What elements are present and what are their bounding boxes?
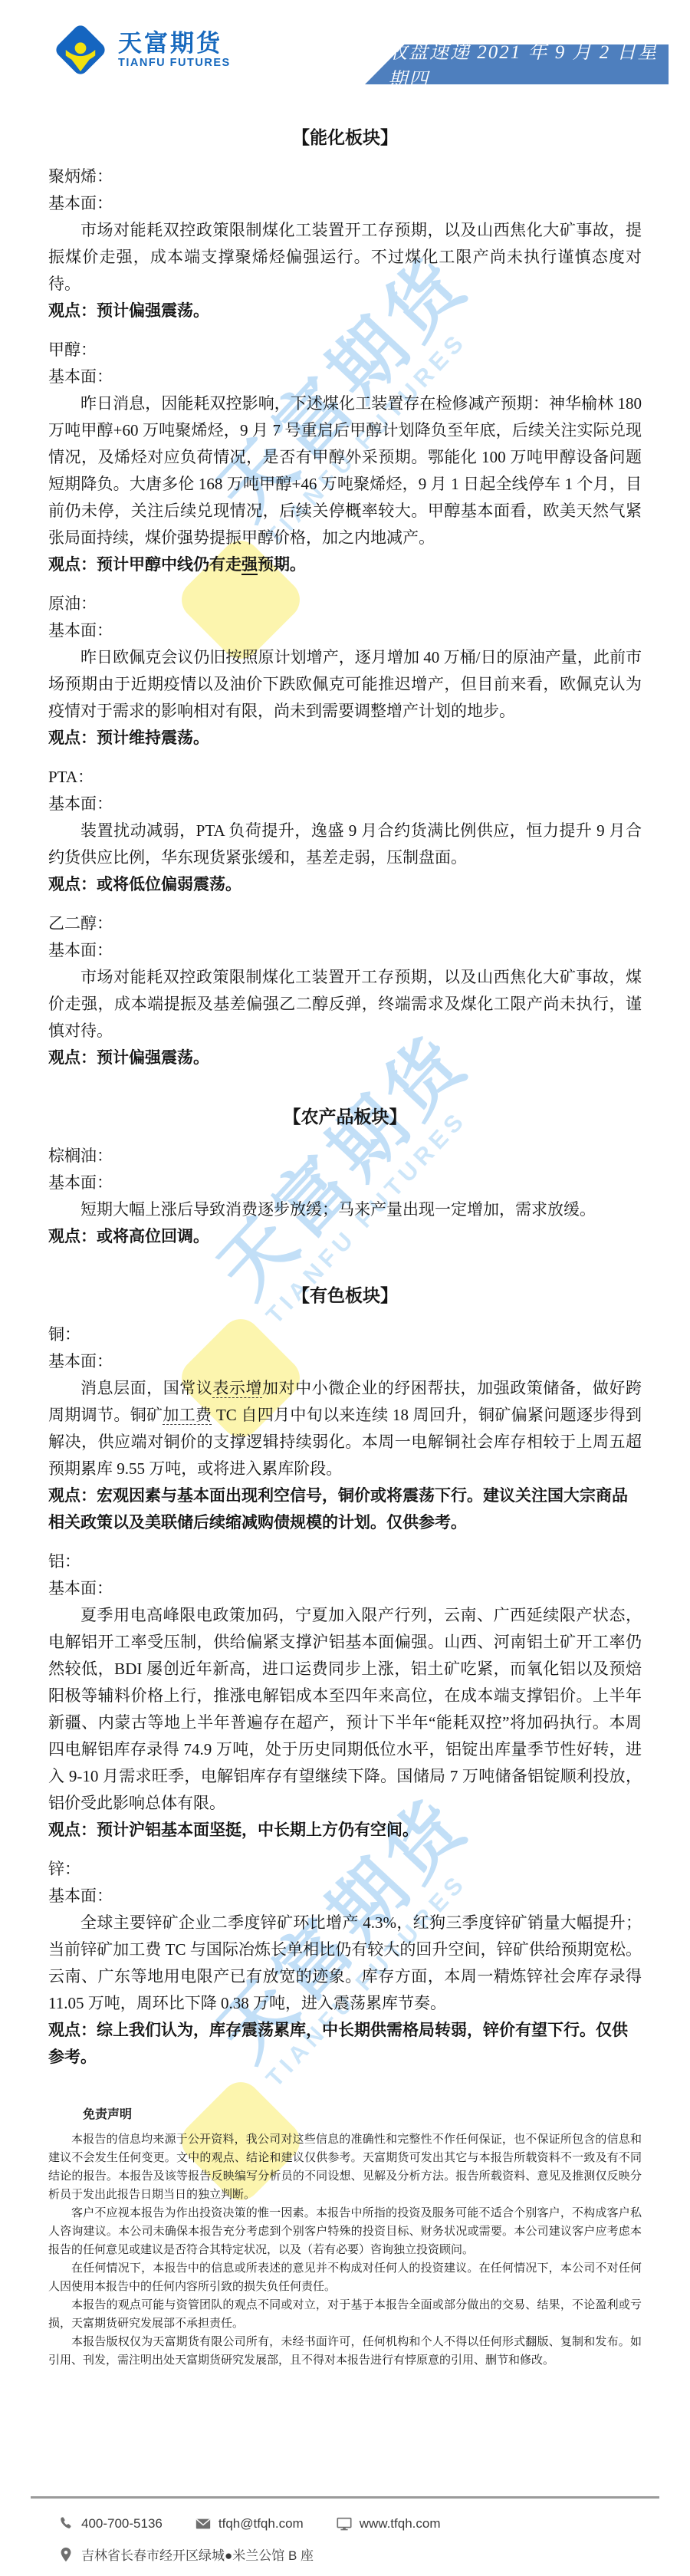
company-logo: 天富期货 TIANFU FUTURES	[52, 21, 231, 78]
disclaimer-paragraph: 客户不应视本报告为作出投资决策的惟一因素。本报告中所指的投资及服务可能不适合个别…	[48, 2204, 642, 2259]
footer-phone-text: 400-700-5136	[81, 2516, 163, 2532]
commodity-name: 甲醇：	[48, 337, 642, 364]
fundamentals-label: 基本面：	[48, 1575, 642, 1602]
commodity-name: 铝：	[48, 1548, 642, 1575]
viewpoint-text: 观点：预计沪铝基本面坚挺，中长期上方仍有空间。	[48, 1817, 642, 1844]
footer-address-text: 吉林省长春市经开区绿城●米兰公馆 B 座	[81, 2545, 314, 2564]
fundamentals-text: 市场对能耗双控政策限制煤化工装置开工存预期，以及山西焦化大矿事故，提振煤价走强，…	[48, 217, 642, 298]
disclaimer-title: 免责声明	[83, 2106, 642, 2124]
commodity-name: PTA：	[48, 764, 642, 791]
envelope-icon	[195, 2515, 212, 2532]
fundamentals-label: 基本面：	[48, 617, 642, 644]
section-title-energy: 【能化板块】	[48, 124, 642, 151]
fundamentals-label: 基本面：	[48, 364, 642, 390]
fundamentals-text: 市场对能耗双控政策限制煤化工装置开工存预期，以及山西焦化大矿事故，煤价走强，成本…	[48, 964, 642, 1045]
logo-name-cn: 天富期货	[118, 31, 231, 57]
commodity-name: 聚炳烯：	[48, 163, 642, 190]
viewpoint-part: 观点：预计甲醇中线仍有走	[48, 555, 242, 574]
disclaimer-section: 免责声明 本报告的信息均来源于公开资料，我公司对这些信息的准确性和完整性不作任何…	[0, 2106, 690, 2370]
viewpoint-text: 观点：综上我们认为，库存震荡累库，中长期供需格局转弱，锌价有望下行。仅供参考。	[48, 2017, 642, 2071]
commodity-block-crude-oil: 原油： 基本面： 昨日欧佩克会议仍旧按照原计划增产，逐月增加 40 万桶/日的原…	[48, 591, 642, 752]
commodity-name: 乙二醇：	[48, 910, 642, 937]
report-page: { "header": { "logo_cn": "天富期货", "logo_e…	[0, 0, 690, 2576]
fundamentals-dashed-part: 表示增	[212, 1379, 262, 1398]
fundamentals-label: 基本面：	[48, 791, 642, 818]
section-title-agriculture: 【农产品板块】	[48, 1104, 642, 1130]
viewpoint-text: 观点：预计维持震荡。	[48, 725, 642, 752]
fundamentals-label: 基本面：	[48, 1170, 642, 1196]
footer-divider	[31, 2496, 659, 2499]
fundamentals-text: 昨日消息，因能耗双控影响，下述煤化工装置存在检修减产预期：神华榆林 180 万吨…	[48, 390, 642, 551]
commodity-name: 原油：	[48, 591, 642, 617]
commodity-block-ethylene-glycol: 乙二醇： 基本面： 市场对能耗双控政策限制煤化工装置开工存预期，以及山西焦化大矿…	[48, 910, 642, 1071]
fundamentals-dashed-part: 加工费	[163, 1406, 212, 1425]
viewpoint-text: 观点：或将高位回调。	[48, 1223, 642, 1250]
monitor-icon	[336, 2515, 353, 2532]
commodity-block-copper: 铜： 基本面： 消息层面，国常议表示增加对中小微企业的纾困帮扶，加强政策储备，做…	[48, 1321, 642, 1536]
disclaimer-paragraph: 本报告版权仅为天富期货有限公司所有，未经书面许可，任何机构和个人不得以任何形式翻…	[48, 2333, 642, 2370]
footer-website: www.tfqh.com	[336, 2515, 441, 2532]
commodity-block-pta: PTA： 基本面： 装置扰动减弱，PTA 负荷提升，逸盛 9 月合约货满比例供应…	[48, 764, 642, 898]
commodity-name: 铜：	[48, 1321, 642, 1348]
viewpoint-underlined-part: 强	[242, 555, 258, 575]
fundamentals-text: 短期大幅上涨后导致消费逐步放缓；马来产量出现一定增加，需求放缓。	[48, 1196, 642, 1223]
disclaimer-paragraph: 在任何情况下，本报告中的信息或所表述的意见并不构成对任何人的投资建议。在任何情况…	[48, 2259, 642, 2296]
footer-email-text: tfqh@tfqh.com	[219, 2516, 304, 2532]
fundamentals-part: 消息层面，国常议	[80, 1379, 212, 1397]
report-body: 【能化板块】 聚炳烯： 基本面： 市场对能耗双控政策限制煤化工装置开工存预期，以…	[0, 124, 690, 2071]
commodity-block-methanol: 甲醇： 基本面： 昨日消息，因能耗双控影响，下述煤化工装置存在检修减产预期：神华…	[48, 337, 642, 578]
date-banner-text: 收盘速递 2021 年 9 月 2 日星期四	[365, 37, 669, 92]
footer-website-text: www.tfqh.com	[360, 2516, 441, 2532]
commodity-block-polypropylene: 聚炳烯： 基本面： 市场对能耗双控政策限制煤化工装置开工存预期，以及山西焦化大矿…	[48, 163, 642, 324]
fundamentals-label: 基本面：	[48, 190, 642, 217]
fundamentals-label: 基本面：	[48, 1883, 642, 1910]
fundamentals-text: 昨日欧佩克会议仍旧按照原计划增产，逐月增加 40 万桶/日的原油产量，此前市场预…	[48, 644, 642, 725]
viewpoint-part: 预期。	[258, 555, 306, 574]
viewpoint-text: 观点：预计甲醇中线仍有走强预期。	[48, 551, 642, 578]
section-title-nonferrous: 【有色板块】	[48, 1282, 642, 1309]
footer-email: tfqh@tfqh.com	[195, 2515, 304, 2532]
viewpoint-text: 观点：预计偏强震荡。	[48, 298, 642, 324]
commodity-block-zinc: 锌： 基本面： 全球主要锌矿企业二季度锌矿环比增产 4.3%，红狗三季度锌矿销量…	[48, 1856, 642, 2071]
commodity-name: 锌：	[48, 1856, 642, 1883]
phone-icon	[58, 2515, 74, 2532]
footer-address: 吉林省长春市经开区绿城●米兰公馆 B 座	[58, 2545, 314, 2564]
report-header: 天富期货 TIANFU FUTURES 收盘速递 2021 年 9 月 2 日星…	[0, 0, 690, 92]
fundamentals-label: 基本面：	[48, 1348, 642, 1375]
footer-phone: 400-700-5136	[58, 2515, 163, 2532]
viewpoint-text: 观点：预计偏强震荡。	[48, 1045, 642, 1071]
commodity-name: 棕榈油：	[48, 1143, 642, 1170]
location-pin-icon	[58, 2546, 74, 2563]
viewpoint-text: 观点：宏观因素与基本面出现利空信号，铜价或将震荡下行。建议关注国大宗商品相关政策…	[48, 1482, 642, 1536]
fundamentals-text: 消息层面，国常议表示增加对中小微企业的纾困帮扶，加强政策储备，做好跨周期调节。铜…	[48, 1375, 642, 1482]
disclaimer-paragraph: 本报告的信息均来源于公开资料，我公司对这些信息的准确性和完整性不作任何保证，也不…	[48, 2130, 642, 2204]
date-banner: 收盘速递 2021 年 9 月 2 日星期四	[365, 44, 669, 84]
company-logo-icon	[52, 21, 109, 78]
commodity-block-aluminum: 铝： 基本面： 夏季用电高峰限电政策加码，宁夏加入限产行列，云南、广西延续限产状…	[48, 1548, 642, 1844]
logo-name-en: TIANFU FUTURES	[118, 57, 231, 69]
fundamentals-text: 夏季用电高峰限电政策加码，宁夏加入限产行列，云南、广西延续限产状态，电解铝开工率…	[48, 1602, 642, 1817]
contact-footer: 400-700-5136 tfqh@tfqh.com www.tfqh.com	[0, 2496, 690, 2576]
fundamentals-text: 全球主要锌矿企业二季度锌矿环比增产 4.3%，红狗三季度锌矿销量大幅提升；当前锌…	[48, 1910, 642, 2017]
commodity-block-palm-oil: 棕榈油： 基本面： 短期大幅上涨后导致消费逐步放缓；马来产量出现一定增加，需求放…	[48, 1143, 642, 1250]
disclaimer-paragraph: 本报告的观点可能与资管团队的观点不同或对立，对于基于本报告全面或部分做出的交易、…	[48, 2296, 642, 2333]
fundamentals-text: 装置扰动减弱，PTA 负荷提升，逸盛 9 月合约货满比例供应，恒力提升 9 月合…	[48, 818, 642, 871]
fundamentals-label: 基本面：	[48, 937, 642, 964]
viewpoint-text: 观点：或将低位偏弱震荡。	[48, 871, 642, 898]
